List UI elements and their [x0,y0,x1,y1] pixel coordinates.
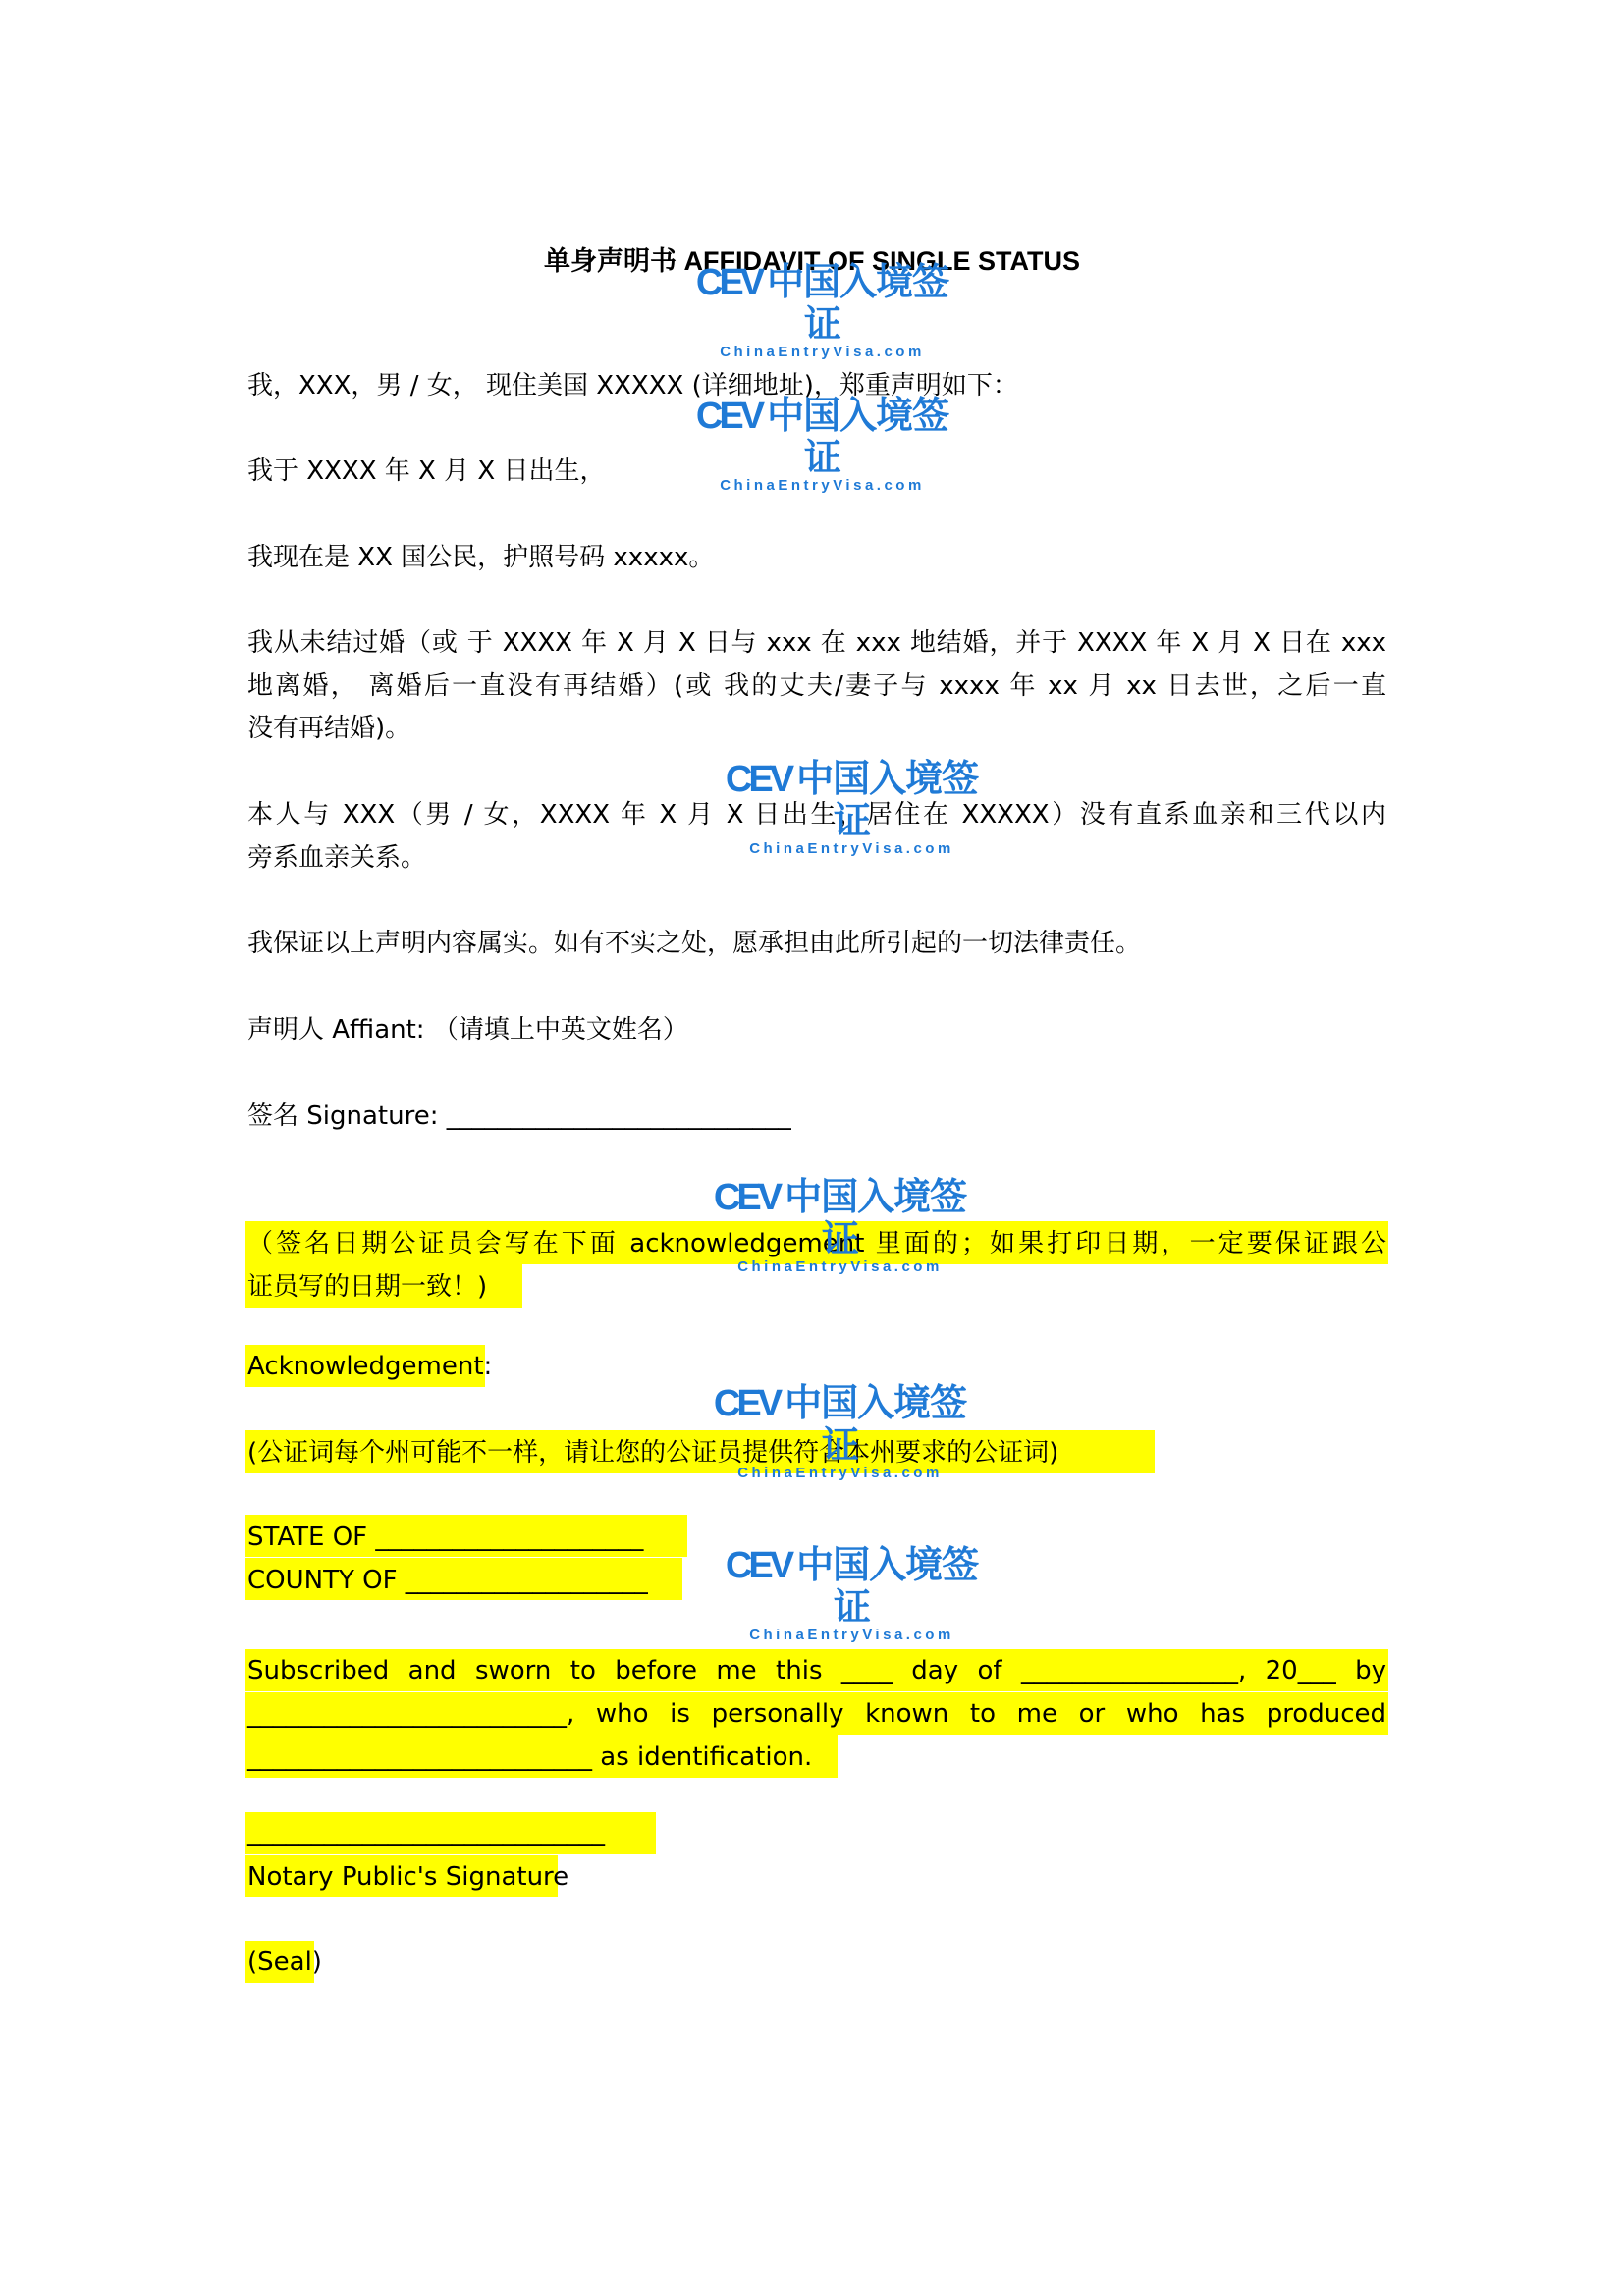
county-of-field: COUNTY OF ___________________ [247,1559,648,1602]
seal-label: (Seal) [247,1941,322,1984]
marital-status-line-3: 没有再结婚)。 [247,707,410,750]
document-page: 单身声明书 AFFIDAVIT OF SINGLE STATUS 我，XXX，男… [0,0,1624,2296]
cev-logo-icon: CEV [714,1177,779,1218]
notary-note-line-2: 证员写的日期一致！) [247,1265,487,1308]
signature-field: 签名 Signature: __________________________… [247,1095,791,1138]
marital-status-line-2: 地离婚， 离婚后一直没有再结婚）(或 我的丈夫/妻子与 xxxx 年 xx 月 … [247,665,1386,708]
watermark-domain: ChinaEntryVisa.com [717,841,987,857]
sworn-line-3: ___________________________ as identific… [247,1735,812,1779]
watermark-domain: ChinaEntryVisa.com [687,345,957,360]
marital-status-line-1: 我从未结过婚（或 于 XXXX 年 X 月 X 日与 xxx 在 xxx 地结婚… [247,621,1386,665]
intro-paragraph: 我，XXX，男 / 女， 现住美国 XXXXX (详细地址)，郑重声明如下： [247,364,1018,407]
relation-line-2: 旁系血亲关系。 [247,836,426,880]
relation-line-1: 本人与 XXX（男 / 女，XXXX 年 X 月 X 日出生，居住在 XXXXX… [247,793,1386,836]
acknowledgement-note: (公证词每个州可能不一样，请让您的公证员提供符合本州要求的公证词) [247,1431,1058,1474]
cev-logo-icon: CEV [726,1545,790,1586]
citizen-paragraph: 我现在是 XX 国公民，护照号码 xxxxx。 [247,536,714,579]
watermark-domain: ChinaEntryVisa.com [687,478,957,494]
watermark-logo: CEV中国入境签证 ChinaEntryVisa.com [717,1544,987,1643]
watermark-chinese: 中国入境签证 [796,1543,978,1629]
acknowledgement-heading: Acknowledgement: [247,1345,492,1388]
document-title: 单身声明书 AFFIDAVIT OF SINGLE STATUS [0,240,1624,283]
affiant-field: 声明人 Affiant: （请填上中英文姓名） [247,1008,688,1051]
watermark-domain: ChinaEntryVisa.com [717,1628,987,1643]
notary-note-line-1: （签名日期公证员会写在下面 acknowledgement 里面的；如果打印日期… [247,1222,1386,1265]
state-of-field: STATE OF _____________________ [247,1516,643,1559]
sworn-line-2: _________________________, who is person… [247,1692,1386,1735]
watermark-logo: CEV中国入境签证 ChinaEntryVisa.com [687,395,957,494]
cev-logo-icon: CEV [714,1383,779,1424]
sworn-line-1: Subscribed and sworn to before me this _… [247,1649,1386,1692]
notary-signature-line: ____________________________ [247,1811,605,1854]
guarantee-paragraph: 我保证以上声明内容属实。如有不实之处，愿承担由此所引起的一切法律责任。 [247,922,1141,965]
birth-paragraph: 我于 XXXX 年 X 月 X 日出生， [247,450,605,493]
notary-signature-label: Notary Public's Signature [247,1855,568,1898]
